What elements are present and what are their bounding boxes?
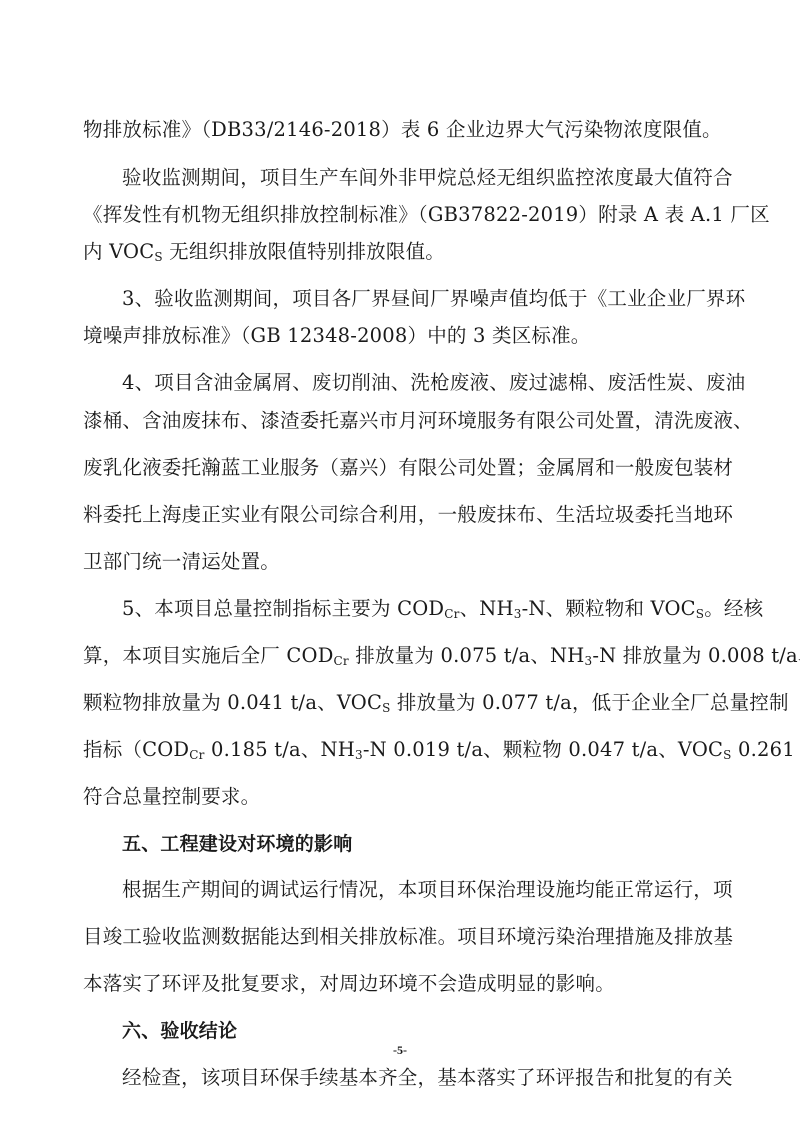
text: 《挥发性有机物无组织排放控制标准》（GB37822-2019）附录 A 表 A.… (83, 203, 770, 226)
subscript: S (723, 748, 731, 762)
text: 无组织排放限值特别排放限值。 (163, 240, 445, 263)
subscript: 3 (514, 607, 522, 621)
text: 内 VOC (83, 240, 154, 263)
subscript: S (696, 607, 704, 621)
text: 验收监测期间，项目生产车间外非甲烷总烃无组织监控浓度最大值符合 (122, 166, 733, 189)
paragraph-line: 颗粒物排放量为 0.041 t/a、VOCS 排放量为 0.077 t/a，低于… (83, 684, 713, 722)
paragraph-line: 符合总量控制要求。 (83, 778, 260, 816)
text: 4、项目含油金属屑、废切削油、洗枪废液、废过滤棉、废活性炭、废油 (122, 371, 745, 394)
paragraph-line: 内 VOCS 无组织排放限值特别排放限值。 (83, 233, 445, 271)
section-heading: 五、工程建设对环境的影响 (122, 825, 352, 863)
paragraph-line: 4、项目含油金属屑、废切削油、洗枪废液、废过滤棉、废活性炭、废油 (122, 364, 713, 402)
paragraph-line: 指标（CODCr 0.185 t/a、NH3-N 0.019 t/a、颗粒物 0… (83, 731, 713, 769)
paragraph-line: 卫部门统一清运处置。 (83, 543, 280, 581)
paragraph-line: 经检查，该项目环保手续基本齐全，基本落实了环评报告和批复的有关 (122, 1059, 713, 1097)
text: 料委托上海虔正实业有限公司综合利用，一般废抹布、生活垃圾委托当地环 (83, 503, 733, 526)
text: 卫部门统一清运处置。 (83, 550, 280, 573)
paragraph-line: 料委托上海虔正实业有限公司综合利用，一般废抹布、生活垃圾委托当地环 (83, 496, 713, 534)
paragraph-line: 5、本项目总量控制指标主要为 CODCr、NH3-N、颗粒物和 VOCS。经核 (122, 590, 713, 628)
paragraph-line: 废乳化液委托瀚蓝工业服务（嘉兴）有限公司处置；金属屑和一般废包装材 (83, 449, 713, 487)
text: 漆桶、含油废抹布、漆渣委托嘉兴市月河环境服务有限公司处置，清洗废液、 (83, 409, 753, 432)
paragraph-line: 物排放标准》（DB33/2146-2018）表 6 企业边界大气污染物浓度限值。 (83, 111, 713, 149)
page-number: -5- (0, 1043, 800, 1058)
paragraph-line: 算，本项目实施后全厂 CODCr 排放量为 0.075 t/a、NH3-N 排放… (83, 637, 713, 675)
subscript: Cr (334, 654, 349, 668)
subscript: S (154, 250, 162, 264)
text: 境噪声排放标准》（GB 12348-2008）中的 3 类区标准。 (83, 324, 591, 347)
paragraph-line: 验收监测期间，项目生产车间外非甲烷总烃无组织监控浓度最大值符合 (122, 159, 713, 197)
paragraph-line: 目竣工验收监测数据能达到相关排放标准。项目环境污染治理措施及排放基 (83, 918, 713, 956)
subscript: Cr (444, 607, 459, 621)
paragraph-line: 3、验收监测期间，项目各厂界昼间厂界噪声值均低于《工业企业厂界环 (122, 280, 713, 318)
subscript: Cr (189, 748, 204, 762)
paragraph-line: 本落实了环评及批复要求，对周边环境不会造成明显的影响。 (83, 965, 615, 1003)
paragraph-line: 境噪声排放标准》（GB 12348-2008）中的 3 类区标准。 (83, 317, 591, 355)
text: 3、验收监测期间，项目各厂界昼间厂界噪声值均低于《工业企业厂界环 (122, 287, 745, 310)
paragraph-line: 《挥发性有机物无组织排放控制标准》（GB37822-2019）附录 A 表 A.… (83, 196, 713, 234)
paragraph-line: 漆桶、含油废抹布、漆渣委托嘉兴市月河环境服务有限公司处置，清洗废液、 (83, 402, 713, 440)
subscript: 3 (355, 748, 363, 762)
paragraph-line: 根据生产期间的调试运行情况，本项目环保治理设施均能正常运行，项 (122, 871, 713, 909)
text: 物排放标准》（DB33/2146-2018）表 6 企业边界大气污染物浓度限值。 (83, 118, 722, 141)
text: 废乳化液委托瀚蓝工业服务（嘉兴）有限公司处置；金属屑和一般废包装材 (83, 456, 733, 479)
subscript: S (382, 701, 390, 715)
